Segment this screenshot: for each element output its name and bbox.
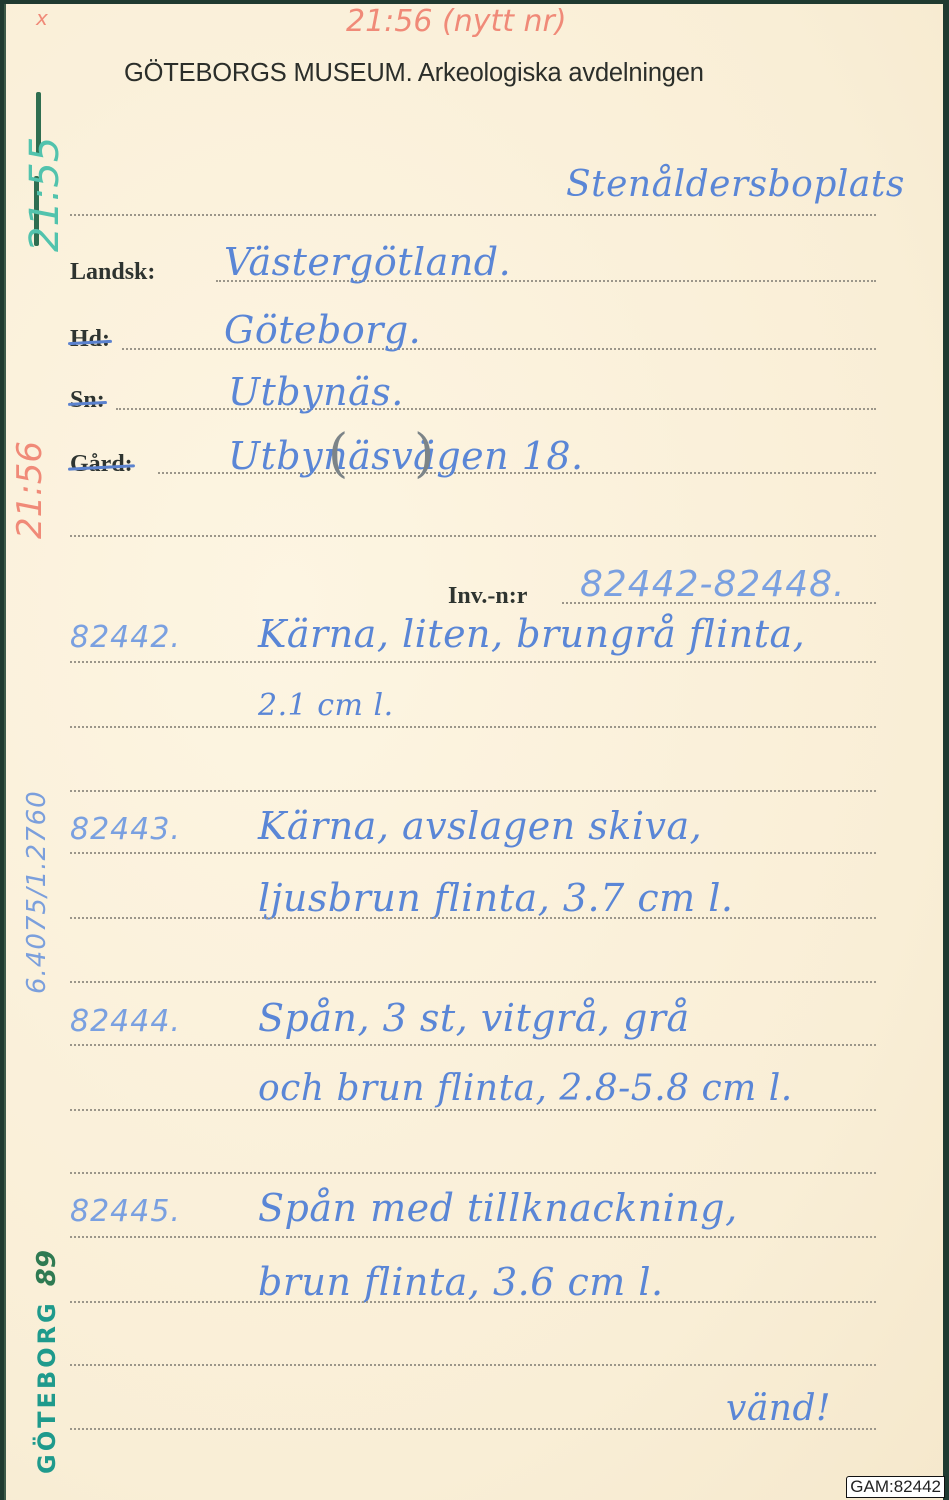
dotted-line [70,535,876,537]
pencil-paren-open: ( [328,424,348,484]
field-value-landsk: Västergötland. [224,240,511,284]
dotted-line [70,1301,876,1303]
entry-number: 82444. [70,1004,181,1039]
entry-number: 82443. [70,812,181,847]
red-vertical-note: 21:56 [10,441,50,539]
entry-line: Kärna, avslagen skiva, [258,804,702,848]
entry-line: Spån, 3 st, vitgrå, grå [258,996,690,1040]
field-label-hd: Hd: [70,326,110,353]
blue-vertical-note: 6.4075/1.2760 [22,790,52,994]
stamp-number: 89 [32,1250,62,1286]
catalog-card: x 21:56 (nytt nr) GÖTEBORGS MUSEUM. Arke… [4,4,943,1500]
entry-line: brun flinta, 3.6 cm l. [258,1260,664,1304]
entry-line: ljusbrun flinta, 3.7 cm l. [258,876,734,920]
dotted-line [70,981,876,983]
green-old-number: 21:55 [22,92,72,252]
dotted-line [70,726,876,728]
field-value-sn: Utbynäs. [228,370,404,414]
dotted-line [70,917,876,919]
field-label-gard: Gård: [70,451,133,478]
dotted-line [70,790,876,792]
field-label-sn: Sn: [70,387,105,414]
corner-mark: x [36,6,48,30]
site-type: Stenåldersboplats [566,164,905,205]
entry-number: 82445. [70,1194,181,1229]
dotted-line [70,1428,876,1430]
inventory-value: 82442-82448. [580,564,845,605]
field-value-gard: Utbynäsvägen 18. [228,434,584,478]
dotted-line [70,1109,876,1111]
inventory-label: Inv.-n:r [448,583,527,610]
dotted-line [70,214,876,216]
field-value-hd: Göteborg. [224,308,421,352]
dotted-line [70,1236,876,1238]
header-title: GÖTEBORGS MUSEUM. Arkeologiska avdelning… [124,59,824,88]
museum-stamp: GÖTEBORG 89 [32,1250,62,1474]
entry-number: 82442. [70,620,181,655]
pencil-paren-close: ) [414,424,434,484]
old-number-text: 21:55 [22,137,68,252]
dotted-line [70,1044,876,1046]
dotted-line [70,1364,876,1366]
entry-line: Spån med tillknackning, [258,1186,738,1230]
stamp-city: GÖTEBORG [33,1300,61,1474]
dotted-line [70,852,876,854]
turn-note: vänd! [726,1388,831,1429]
entry-line: 2.1 cm l. [258,688,394,723]
dotted-line [70,661,876,663]
entry-line: Kärna, liten, brungrå flinta, [258,612,805,656]
entry-line: och brun flinta, 2.8-5.8 cm l. [258,1068,793,1109]
catalog-id-badge: GAM:82442 [846,1476,945,1498]
top-annotation: 21:56 (nytt nr) [346,4,567,39]
dotted-line [70,1172,876,1174]
field-label-landsk: Landsk: [70,259,155,286]
